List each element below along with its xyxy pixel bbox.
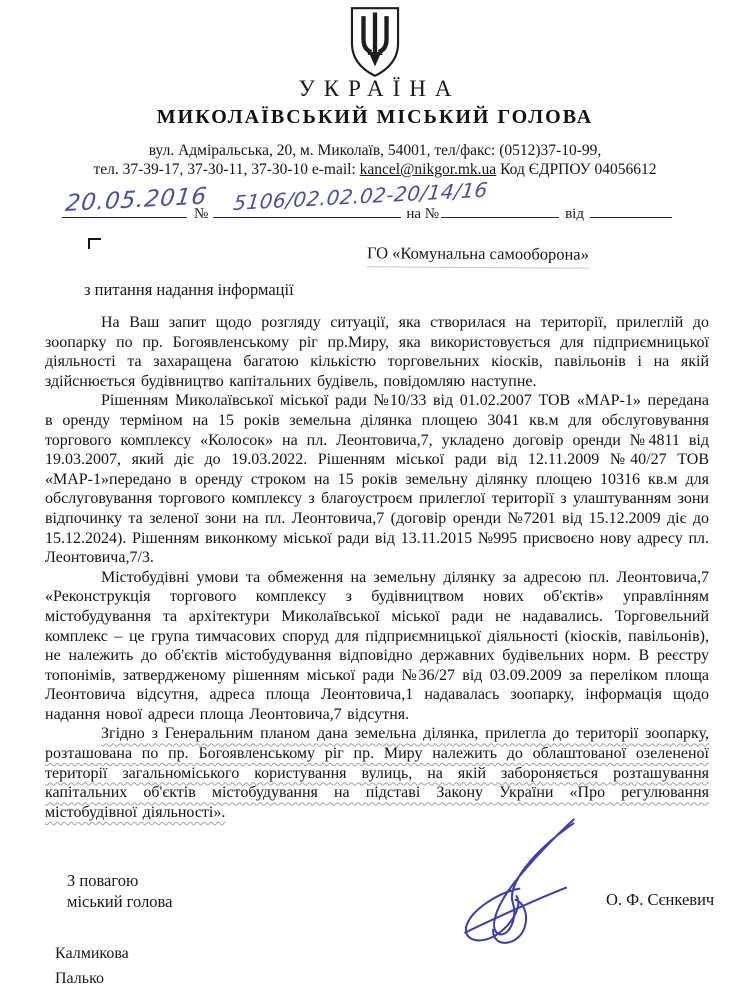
subject-line: з питання надання інформації (84, 280, 294, 300)
executor-name: Калмикова (55, 941, 129, 966)
reply-to-number-label: на № (406, 206, 439, 222)
email-link[interactable]: kancel@nikgor.mk.ua (360, 161, 497, 178)
body-paragraph: Містобудівні умови та обмеження на земел… (45, 568, 709, 725)
closing-title: міський голова (67, 891, 172, 912)
ukraine-coat-of-arms-icon (346, 6, 404, 78)
address-line-2-pre: тел. 37-39-17, 37-30-11, 37-30-10 e-mail… (93, 161, 359, 178)
body-paragraph: Рішенням Миколаївської міської ради №10/… (45, 391, 709, 567)
signature-block: З повагою міський голова О. Ф. Сєнкевич (0, 812, 750, 940)
executor-name: Палько (55, 966, 129, 991)
from-date-label: від (565, 206, 584, 222)
address-line-2-post: Код ЄДРПОУ 04056612 (496, 161, 656, 178)
country-name: УКРАЇНА (0, 76, 750, 102)
executors-block: Калмикова Палько (55, 941, 129, 991)
body-paragraph-pen-underlined: Згідно з Генеральним планом дана земельн… (45, 724, 709, 822)
letter-body: На Ваш запит щодо розгляду ситуації, яка… (45, 313, 709, 822)
reply-number-blank-line (441, 204, 559, 218)
recipient-name: ГО «Комунальна самооборона» (367, 243, 589, 269)
handwritten-date: 20.05.2016 (64, 183, 209, 217)
address-line-2: тел. 37-39-17, 37-30-11, 37-30-10 e-mail… (0, 160, 750, 179)
body-paragraph: На Ваш запит щодо розгляду ситуації, яка… (45, 313, 709, 391)
closing-lines: З повагою міський голова (67, 870, 172, 912)
reference-line: №на №від 20.05.2016 5106/02.02.02-20/14/… (62, 204, 712, 223)
closing-regards: З повагою (67, 870, 172, 891)
from-date-blank-line (590, 204, 672, 218)
signer-name: О. Ф. Сєнкевич (606, 890, 714, 910)
scanned-letter-page: УКРАЇНА МИКОЛАЇВСЬКИЙ МІСЬКИЙ ГОЛОВА вул… (0, 0, 750, 994)
corner-mark-icon (88, 238, 101, 249)
organization-name: МИКОЛАЇВСЬКИЙ МІСЬКИЙ ГОЛОВА (0, 106, 750, 129)
address-line-1: вул. Адміральська, 20, м. Миколаїв, 5400… (0, 141, 750, 160)
handwritten-signature (438, 814, 638, 954)
letterhead-address: вул. Адміральська, 20, м. Миколаїв, 5400… (0, 141, 750, 179)
